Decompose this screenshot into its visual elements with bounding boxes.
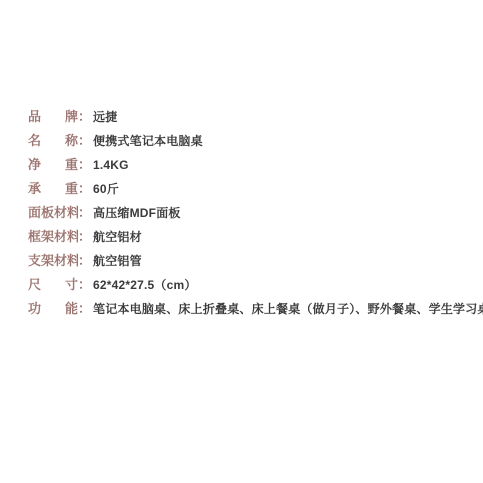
spec-colon: ：: [78, 133, 91, 148]
spec-value-dimensions: 62*42*27.5（cm）: [93, 278, 197, 292]
spec-row-load-capacity: 承重：60斤: [28, 177, 475, 201]
spec-label-functions: 功能: [28, 297, 78, 321]
spec-colon: ：: [78, 229, 91, 244]
spec-colon: ：: [78, 301, 91, 316]
spec-value-frame-material: 航空铝材: [93, 230, 142, 244]
spec-value-load-capacity: 60斤: [93, 182, 119, 196]
product-spec-sheet: 品牌：远捷 名称：便携式笔记本电脑桌 净重：1.4KG 承重：60斤 面板材料：…: [28, 105, 475, 321]
spec-label-bracket-material: 支架材料: [28, 249, 78, 273]
spec-label-net-weight: 净重: [28, 153, 78, 177]
spec-row-panel-material: 面板材料：高压缩MDF面板: [28, 201, 475, 225]
spec-value-bracket-material: 航空铝管: [93, 254, 142, 268]
spec-colon: ：: [78, 277, 91, 292]
spec-colon: ：: [78, 109, 91, 124]
spec-label-name: 名称: [28, 129, 78, 153]
spec-label-frame-material: 框架材料: [28, 225, 78, 249]
spec-row-functions: 功能：笔记本电脑桌、床上折叠桌、床上餐桌（做月子）、野外餐桌、学生学习桌: [28, 297, 475, 321]
spec-label-panel-material: 面板材料: [28, 201, 78, 225]
spec-label-load-capacity: 承重: [28, 177, 78, 201]
spec-row-net-weight: 净重：1.4KG: [28, 153, 475, 177]
spec-colon: ：: [78, 181, 91, 196]
spec-value-functions: 笔记本电脑桌、床上折叠桌、床上餐桌（做月子）、野外餐桌、学生学习桌: [93, 302, 483, 316]
spec-row-name: 名称：便携式笔记本电脑桌: [28, 129, 475, 153]
spec-colon: ：: [78, 205, 91, 220]
spec-label-brand: 品牌: [28, 105, 78, 129]
spec-row-brand: 品牌：远捷: [28, 105, 475, 129]
spec-row-frame-material: 框架材料：航空铝材: [28, 225, 475, 249]
spec-row-bracket-material: 支架材料：航空铝管: [28, 249, 475, 273]
spec-value-name: 便携式笔记本电脑桌: [93, 134, 203, 148]
spec-value-brand: 远捷: [93, 110, 117, 124]
spec-label-dimensions: 尺寸: [28, 273, 78, 297]
spec-colon: ：: [78, 157, 91, 172]
spec-value-panel-material: 高压缩MDF面板: [93, 206, 181, 220]
spec-row-dimensions: 尺寸：62*42*27.5（cm）: [28, 273, 475, 297]
spec-value-net-weight: 1.4KG: [93, 158, 129, 172]
spec-colon: ：: [78, 253, 91, 268]
